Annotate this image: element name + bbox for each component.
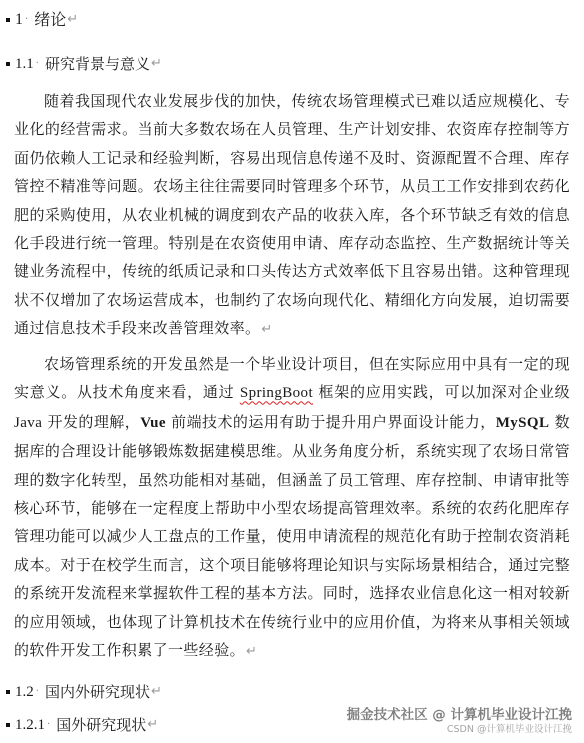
paragraph-text: 随着我国现代农业发展步伐的加快，传统农场管理模式已难以适应规模化、专业化的经营需… (14, 92, 570, 337)
heading-number: 1 (15, 10, 23, 30)
body-paragraph-1[interactable]: 随着我国现代农业发展步伐的加快，传统农场管理模式已难以适应规模化、专业化的经营需… (14, 87, 570, 345)
paragraph-mark-icon: ↵ (261, 322, 272, 337)
heading-1-1-background[interactable]: 1.1 · 研究背景与意义 ↵ (6, 54, 162, 74)
tab-mark-icon: · (36, 682, 39, 702)
outline-bullet-icon (6, 723, 10, 727)
tab-mark-icon: · (25, 10, 28, 30)
heading-title: 绪论 (34, 10, 66, 30)
document-page: 1 · 绪论 ↵ 1.1 · 研究背景与意义 ↵ 随着我国现代农业发展步伐的加快… (0, 0, 584, 743)
heading-number: 1.2 (15, 682, 34, 702)
paragraph-text: 前端技术的运用有助于提升用户界面设计能力， (166, 413, 496, 431)
paragraph-text: 开发的理解， (42, 413, 140, 431)
watermark-csdn: CSDN @计算机毕业设计江挽 (347, 724, 572, 736)
paragraph-text: 数据库的合理设计能够锻炼数据建模思维。从业务角度分析，系统实现了农场日常管理的数… (14, 413, 570, 659)
heading-number: 1.1 (15, 54, 34, 74)
heading-number: 1.2.1 (15, 715, 45, 735)
outline-bullet-icon (6, 62, 10, 66)
body-paragraph-2[interactable]: 农场管理系统的开发虽然是一个毕业设计项目，但在实际应用中具有一定的现实意义。从技… (14, 350, 570, 666)
term-java: Java (14, 415, 42, 431)
watermark-juejin: 掘金技术社区 @ 计算机毕业设计江挽 (347, 706, 572, 724)
paragraph-mark-icon: ↵ (147, 715, 158, 735)
heading-title: 研究背景与意义 (45, 54, 150, 74)
watermark: 掘金技术社区 @ 计算机毕业设计江挽 CSDN @计算机毕业设计江挽 (347, 706, 572, 736)
heading-1-introduction[interactable]: 1 · 绪论 ↵ (6, 10, 78, 30)
paragraph-text: 框架的应用实践，可以加深对企业级 (313, 383, 570, 401)
tab-mark-icon: · (47, 715, 50, 735)
paragraph-mark-icon: ↵ (67, 10, 78, 30)
outline-bullet-icon (6, 18, 10, 22)
outline-bullet-icon (6, 690, 10, 694)
term-vue: Vue (140, 415, 166, 431)
tab-mark-icon: · (36, 54, 39, 74)
heading-title: 国外研究现状 (56, 715, 146, 735)
heading-1-2-1-foreign-research[interactable]: 1.2.1 · 国外研究现状 ↵ (6, 715, 158, 735)
heading-title: 国内外研究现状 (45, 682, 150, 702)
paragraph-mark-icon: ↵ (151, 682, 162, 702)
term-mysql: MySQL (496, 415, 550, 431)
paragraph-mark-icon: ↵ (246, 644, 257, 659)
term-springboot: SpringBoot (240, 385, 313, 401)
paragraph-mark-icon: ↵ (151, 54, 162, 74)
heading-1-2-research-status[interactable]: 1.2 · 国内外研究现状 ↵ (6, 682, 162, 702)
